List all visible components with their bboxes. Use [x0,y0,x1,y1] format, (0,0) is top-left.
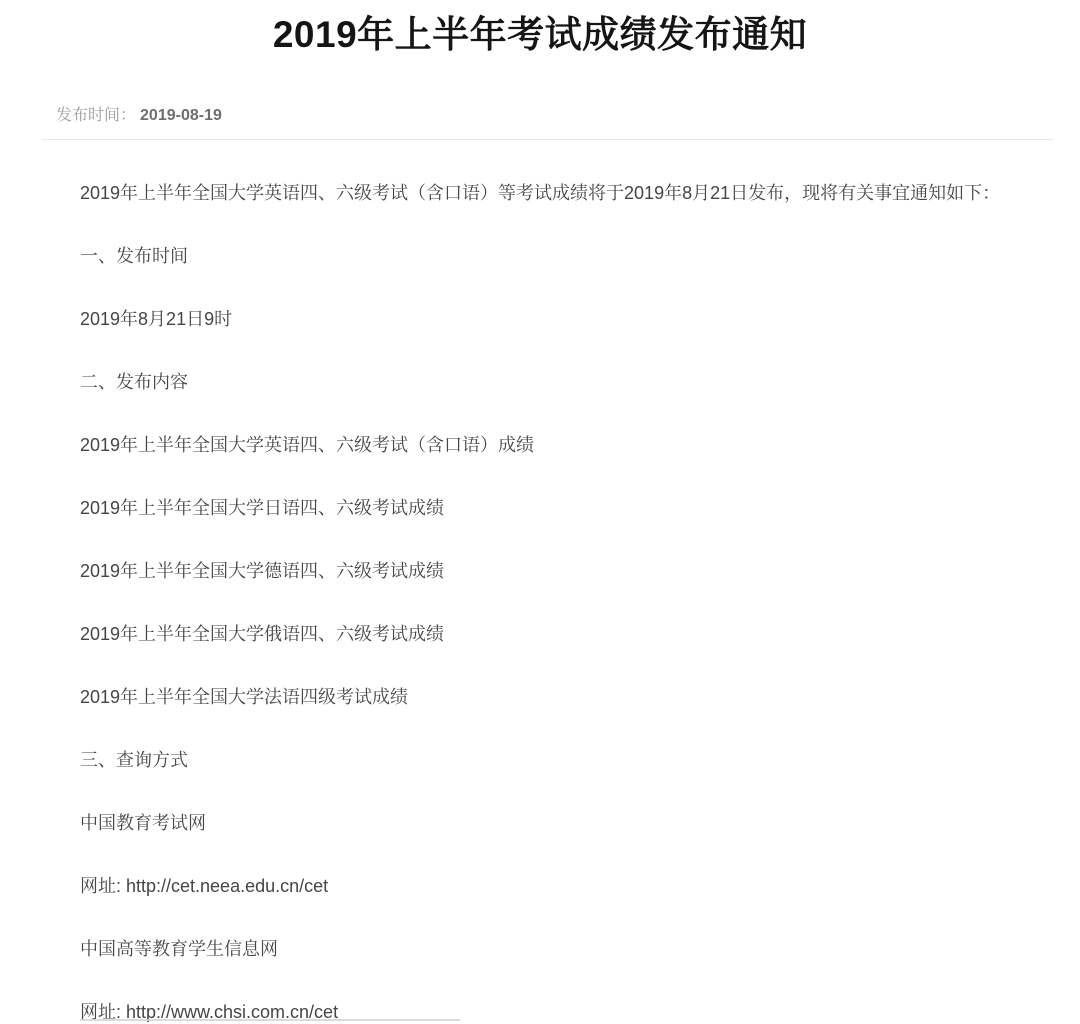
publish-date-value: 2019-08-19 [140,107,222,124]
section-heading-2: 二、发布内容 [80,370,1040,395]
page-title: 2019年上半年考试成绩发布通知 [40,12,1040,58]
section-heading-1: 一、发布时间 [80,244,1040,269]
publish-date-bar: 发布时间：2019-08-19 [42,58,1053,140]
paragraph-site-neea: 中国教育考试网 [80,811,1040,836]
paragraph-exam-japanese: 2019年上半年全国大学日语四、六级考试成绩 [80,496,1040,521]
cut-off-next-line [80,1019,460,1021]
paragraph-exam-german: 2019年上半年全国大学德语四、六级考试成绩 [80,559,1040,584]
paragraph-exam-french: 2019年上半年全国大学法语四级考试成绩 [80,685,1040,710]
section-heading-3: 三、查询方式 [80,748,1040,773]
article-body: 2019年上半年全国大学英语四、六级考试（含口语）等考试成绩将于2019年8月2… [0,140,1080,1024]
paragraph-exam-english: 2019年上半年全国大学英语四、六级考试（含口语）成绩 [80,433,1040,458]
publish-date-label: 发布时间： [56,107,136,124]
paragraph-site-chsi: 中国高等教育学生信息网 [80,937,1040,962]
paragraph-exam-russian: 2019年上半年全国大学俄语四、六级考试成绩 [80,622,1040,647]
paragraph-url-neea: 网址: http://cet.neea.edu.cn/cet [80,874,1040,899]
paragraph-intro: 2019年上半年全国大学英语四、六级考试（含口语）等考试成绩将于2019年8月2… [80,181,1040,206]
paragraph-release-time: 2019年8月21日9时 [80,307,1040,332]
